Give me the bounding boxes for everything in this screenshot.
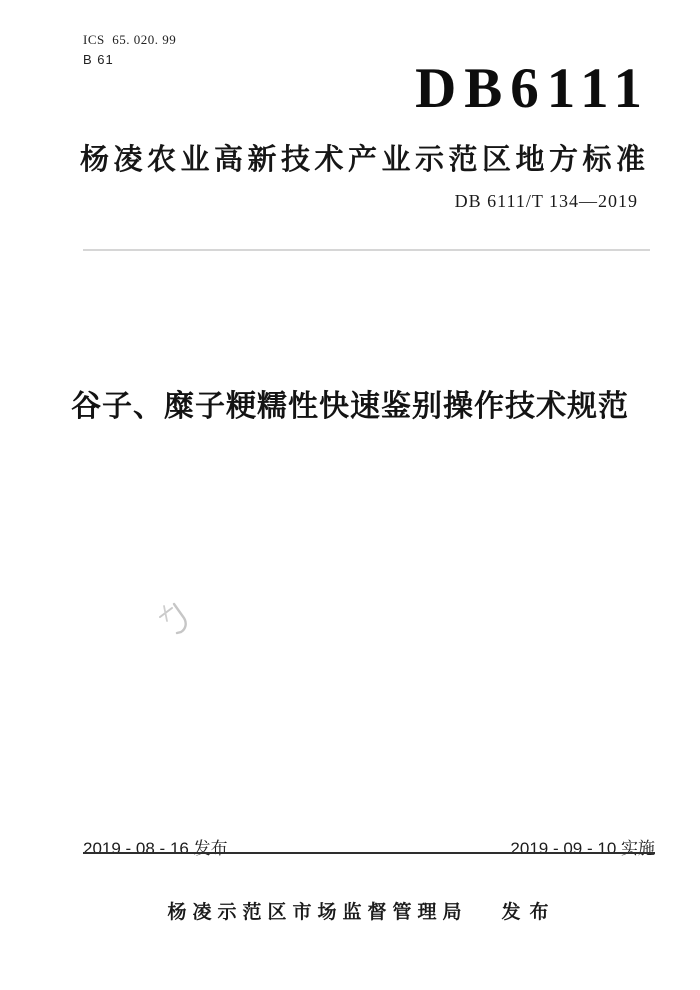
ics-label: ICS xyxy=(83,32,105,47)
issue-action-label: 发布 xyxy=(502,897,558,924)
date-row: 2019 - 08 - 16 发布 2019 - 09 - 10 实施 xyxy=(83,834,655,859)
header-divider-line xyxy=(83,249,650,251)
issuer-row: 杨凌示范区市场监督管理局 发布 xyxy=(8,897,700,924)
ics-block: ICS 65. 020. 99 B 61 xyxy=(83,31,176,69)
issuer-name: 杨凌示范区市场监督管理局 xyxy=(167,897,467,924)
standard-band-title: 杨凌农业高新技术产业示范区地方标准 xyxy=(80,137,650,178)
standard-cover-page: ICS 65. 020. 99 B 61 DB6111 杨凌农业高新技术产业示范… xyxy=(0,0,700,990)
class-code: B 61 xyxy=(83,51,176,69)
pen-mark-artifact xyxy=(150,595,200,645)
ics-line: ICS 65. 020. 99 xyxy=(83,31,176,49)
db-prefix-logo: DB6111 xyxy=(415,60,650,117)
issue-date: 2019 - 08 - 16 发布 xyxy=(83,834,228,859)
footer-divider-line xyxy=(83,852,655,854)
document-title: 谷子、糜子粳糯性快速鉴别操作技术规范 xyxy=(0,381,700,425)
implement-date: 2019 - 09 - 10 实施 xyxy=(510,834,655,859)
ics-code: 65. 020. 99 xyxy=(112,32,176,47)
standard-number: DB 6111/T 134—2019 xyxy=(455,191,638,212)
